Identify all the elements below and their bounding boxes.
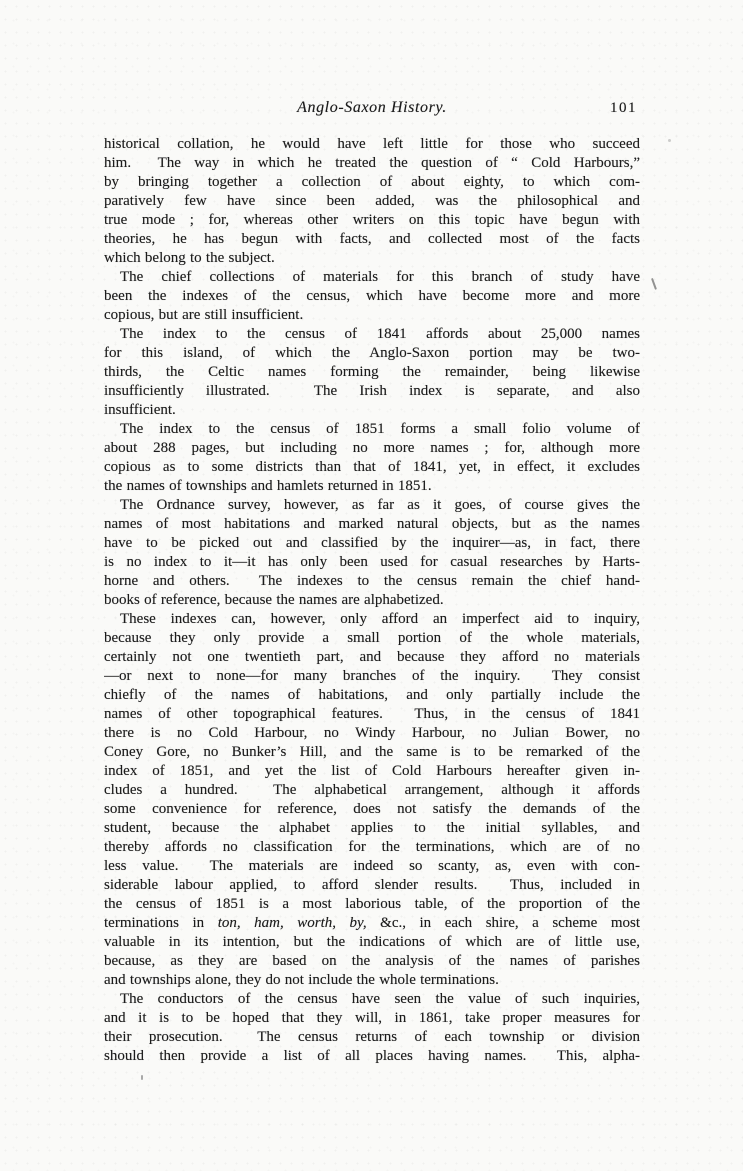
text-line: thereby affords no classification for th… [104,838,640,857]
text-line: The index to the census of 1841 affords … [104,325,640,344]
paragraph: The index to the census of 1841 affords … [104,325,640,420]
text-line: because they only provide a small portio… [104,629,640,648]
text-line: true mode ; for, whereas other writers o… [104,211,640,230]
text-line: by bringing together a collection of abo… [104,173,640,192]
text-line: been the indexes of the census, which ha… [104,287,640,306]
text-line: because, as they are based on the analys… [104,952,640,971]
paragraph: The chief collections of materials for t… [104,268,640,325]
text-line: index of 1851, and yet the list of Cold … [104,762,640,781]
text-line: valuable in its intention, but the indic… [104,933,640,952]
text-line: for this island, of which the Anglo-Saxo… [104,344,640,363]
scan-artifact-speck [141,1075,143,1080]
text-line: The conductors of the census have seen t… [104,990,640,1009]
running-title: Anglo-Saxon History. [297,99,447,116]
text-line: These indexes can, however, only afford … [104,610,640,629]
text-line: insufficient. [104,401,640,420]
paragraph: The index to the census of 1851 forms a … [104,420,640,496]
text-line: names of most habitations and marked nat… [104,515,640,534]
text-line: horne and others. The indexes to the cen… [104,572,640,591]
paragraph: These indexes can, however, only afford … [104,610,640,990]
scan-artifact-speck [668,139,671,142]
text-line: chiefly of the names of habitations, and… [104,686,640,705]
text-line: about 288 pages, but including no more n… [104,439,640,458]
text-line: copious, but are still insufficient. [104,306,640,325]
text-line: historical collation, he would have left… [104,135,640,154]
text-line: and townships alone, they do not include… [104,971,640,990]
text-line: have to be picked out and classified by … [104,534,640,553]
paragraph: The conductors of the census have seen t… [104,990,640,1066]
text-line: and it is to be hoped that they will, in… [104,1009,640,1028]
text-line: siderable labour applied, to afford slen… [104,876,640,895]
text-line: some convenience for reference, does not… [104,800,640,819]
page-header: Anglo-Saxon History. 101 [104,99,640,117]
text-line: there is no Cold Harbour, no Windy Harbo… [104,724,640,743]
text-line: should then provide a list of all places… [104,1047,640,1066]
paragraph: The Ordnance survey, however, as far as … [104,496,640,610]
text-line: cludes a hundred. The alphabetical arran… [104,781,640,800]
text-line: theories, he has begun with facts, and c… [104,230,640,249]
text-line: copious as to some districts than that o… [104,458,640,477]
text-body: historical collation, he would have left… [104,135,640,1066]
text-line: the census of 1851 is a most laborious t… [104,895,640,914]
text-line: names of other topographical features. T… [104,705,640,724]
text-line: books of reference, because the names ar… [104,591,640,610]
text-line: terminations in ton, ham, worth, by, &c.… [104,914,640,933]
scan-artifact-slash [651,278,657,290]
text-line: thirds, the Celtic names forming the rem… [104,363,640,382]
text-line: paratively few have since been added, wa… [104,192,640,211]
text-line: insufficiently illustrated. The Irish in… [104,382,640,401]
text-line: less value. The materials are indeed so … [104,857,640,876]
paragraph: historical collation, he would have left… [104,135,640,268]
text-line: The Ordnance survey, however, as far as … [104,496,640,515]
page-number: 101 [610,100,637,117]
text-line: the names of townships and hamlets retur… [104,477,640,496]
text-line: student, because the alphabet applies to… [104,819,640,838]
text-line: is no index to it—it has only been used … [104,553,640,572]
text-line: him. The way in which he treated the que… [104,154,640,173]
text-line: Coney Gore, no Bunker’s Hill, and the sa… [104,743,640,762]
text-line: certainly not one twentieth part, and be… [104,648,640,667]
text-line: The index to the census of 1851 forms a … [104,420,640,439]
text-line: which belong to the subject. [104,249,640,268]
text-line: their prosecution. The census returns of… [104,1028,640,1047]
text-line: The chief collections of materials for t… [104,268,640,287]
text-line: —or next to none—for many branches of th… [104,667,640,686]
